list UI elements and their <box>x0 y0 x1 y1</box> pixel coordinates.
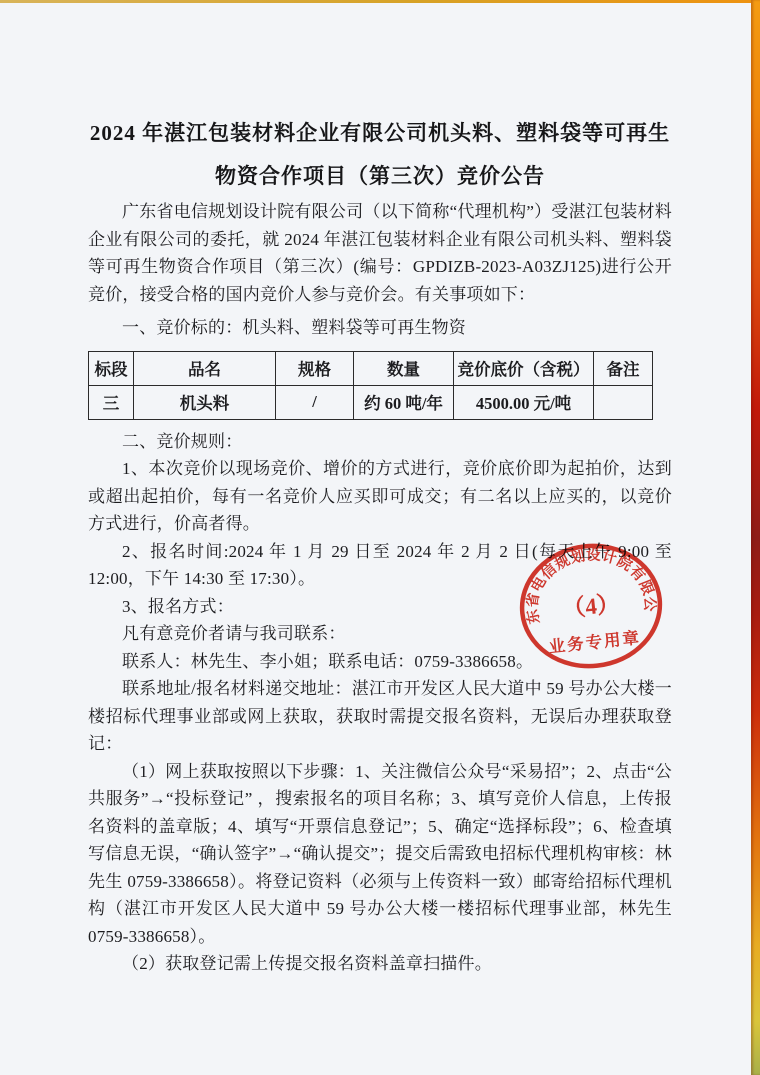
title-line-2: 物资合作项目（第三次）竞价公告 <box>88 155 672 198</box>
lot-table: 标段 品名 规格 数量 竞价底价（含税） 备注 三 机头料 / 约 60 吨/年… <box>88 351 653 420</box>
cell-remark <box>594 385 653 419</box>
paragraph-upload-requirement: （2）获取登记需上传提交报名资料盖章扫描件。 <box>88 950 672 978</box>
header-spec: 规格 <box>276 351 354 385</box>
paragraph-rule-1: 1、本次竞价以现场竞价、增价的方式进行，竞价底价即为起拍价，达到或超出起拍价，每… <box>88 455 672 538</box>
section-rules-heading: 二、竞价规则： <box>88 428 672 456</box>
company-seal-stamp: 广东省电信规划设计院有限公司 （4） 业务专用章 <box>516 540 666 672</box>
paragraph-contact-address: 联系地址/报名材料递交地址：湛江市开发区人民大道中 59 号办公大楼一楼招标代理… <box>88 675 672 758</box>
section-lot-heading: 一、竞价标的：机头料、塑料袋等可再生物资 <box>88 314 672 342</box>
paragraph-intro: 广东省电信规划设计院有限公司（以下简称“代理机构”）受湛江包装材料企业有限公司的… <box>88 198 672 308</box>
document-title: 2024 年湛江包装材料企业有限公司机头料、塑料袋等可再生 物资合作项目（第三次… <box>88 112 672 198</box>
header-remark: 备注 <box>594 351 653 385</box>
lot-table-row: 三 机头料 / 约 60 吨/年 4500.00 元/吨 <box>89 385 653 419</box>
lot-table-header-row: 标段 品名 规格 数量 竞价底价（含税） 备注 <box>89 351 653 385</box>
cell-spec: / <box>276 385 354 419</box>
page-top-gold-border <box>0 0 760 3</box>
document-content: 2024 年湛江包装材料企业有限公司机头料、塑料袋等可再生 物资合作项目（第三次… <box>88 0 672 978</box>
page-right-gradient-border <box>751 0 760 1075</box>
cell-quantity: 约 60 吨/年 <box>354 385 454 419</box>
seal-bottom-text: 业务专用章 <box>548 627 642 657</box>
header-quantity: 数量 <box>354 351 454 385</box>
cell-floor-price: 4500.00 元/吨 <box>454 385 594 419</box>
cell-section: 三 <box>89 385 134 419</box>
header-item-name: 品名 <box>134 351 276 385</box>
seal-center-number: （4） <box>561 590 621 622</box>
title-line-1: 2024 年湛江包装材料企业有限公司机头料、塑料袋等可再生 <box>88 112 672 155</box>
cell-item-name: 机头料 <box>134 385 276 419</box>
header-section: 标段 <box>89 351 134 385</box>
paragraph-online-steps: （1）网上获取按照以下步骤：1、关注微信公众号“采易招”；2、点击“公共服务”→… <box>88 758 672 951</box>
seal-icon: 广东省电信规划设计院有限公司 （4） 业务专用章 <box>516 540 666 672</box>
header-floor-price: 竞价底价（含税） <box>454 351 594 385</box>
